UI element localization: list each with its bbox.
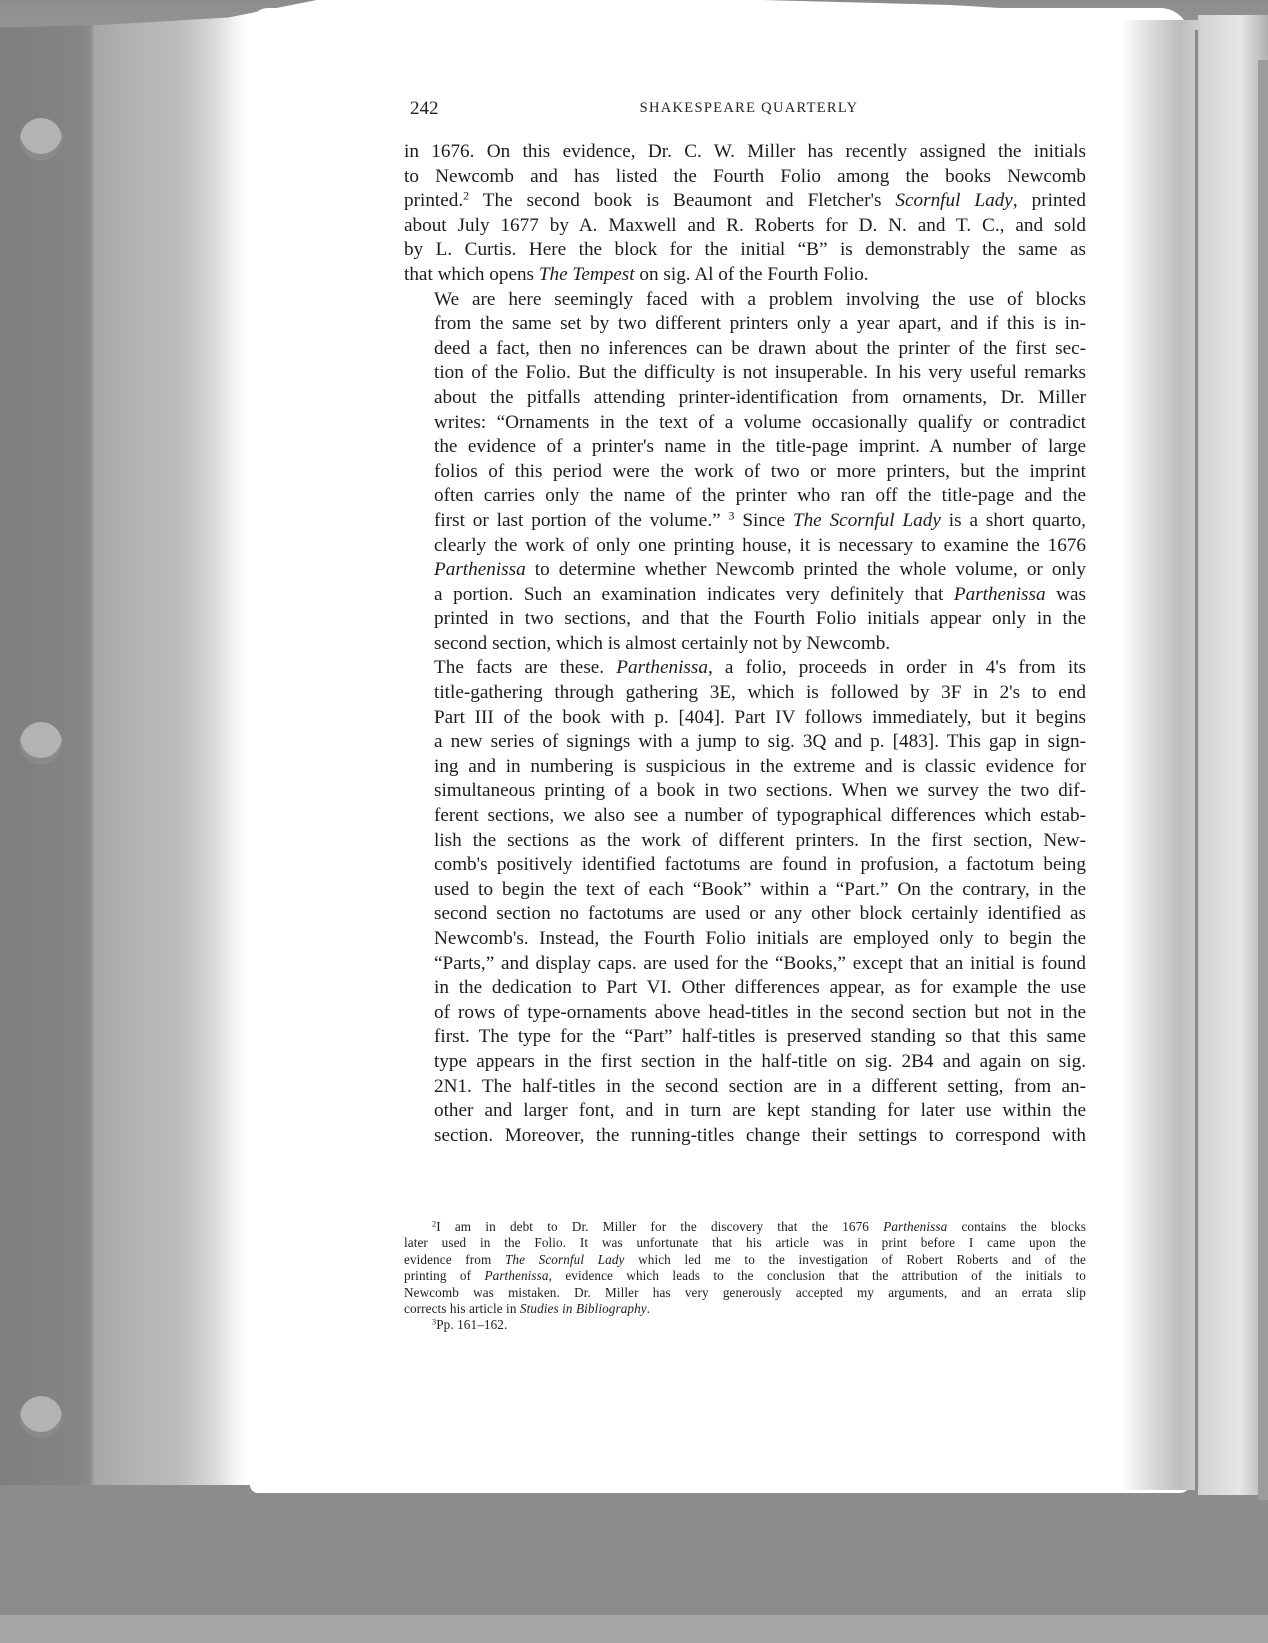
text-line: We are here seemingly faced with a probl… [404, 288, 1086, 313]
text-line: to Newcomb and has listed the Fourth Fol… [404, 165, 1086, 190]
text-line: writes: “Ornaments in the text of a volu… [404, 411, 1086, 436]
text-line: clearly the work of only one printing ho… [404, 534, 1086, 559]
text-line: first. The type for the “Part” half-titl… [404, 1025, 1086, 1050]
binder-hole-bottom [20, 1396, 62, 1438]
footnote-2: 2I am in debt to Dr. Miller for the disc… [404, 1219, 1086, 1317]
footnote-line: corrects his article in Studies in Bibli… [404, 1301, 1086, 1317]
text-line: printed.2 The second book is Beaumont an… [404, 189, 1086, 214]
text-line: a portion. Such an examination indicates… [404, 583, 1086, 608]
scanner-right-edge [1258, 60, 1268, 1500]
journal-title: SHAKESPEARE QUARTERLY [410, 100, 1088, 117]
text-line: printed in two sections, and that the Fo… [404, 607, 1086, 632]
book-spine [1195, 30, 1198, 1490]
footnote-3: 3Pp. 161–162. [404, 1317, 1086, 1333]
text-line: about July 1677 by A. Maxwell and R. Rob… [404, 214, 1086, 239]
binder-hole-top [20, 118, 62, 160]
text-line: a new series of signings with a jump to … [404, 730, 1086, 755]
text-line: tion of the Folio. But the difficulty is… [404, 361, 1086, 386]
text-line: from the same set by two different print… [404, 312, 1086, 337]
text-line: simultaneous printing of a book in two s… [404, 779, 1086, 804]
text-line: “Parts,” and display caps. are used for … [404, 952, 1086, 977]
text-line: The facts are these. Parthenissa, a foli… [404, 656, 1086, 681]
paragraph-2: We are here seemingly faced with a probl… [404, 288, 1086, 657]
footnote-line: Newcomb was mistaken. Dr. Miller has ver… [404, 1285, 1086, 1301]
text-line: deed a fact, then no inferences can be d… [404, 337, 1086, 362]
text-line: second section no factotums are used or … [404, 902, 1086, 927]
text-line: Newcomb's. Instead, the Fourth Folio ini… [404, 927, 1086, 952]
text-line: Part III of the book with p. [404]. Part… [404, 706, 1086, 731]
paragraph-3: The facts are these. Parthenissa, a foli… [404, 656, 1086, 1148]
running-head: 242 SHAKESPEARE QUARTERLY [410, 98, 1088, 122]
binder-hole-middle [20, 722, 62, 764]
scanner-bottom-strip [0, 1615, 1268, 1643]
text-line: of rows of type-ornaments above head-tit… [404, 1001, 1086, 1026]
text-line: often carries only the name of the print… [404, 484, 1086, 509]
text-line: ferent sections, we also see a number of… [404, 804, 1086, 829]
text-line: used to begin the text of each “Book” wi… [404, 878, 1086, 903]
text-line: comb's positively identified factotums a… [404, 853, 1086, 878]
gutter-shadow [1120, 20, 1200, 1490]
text-line: lish the sections as the work of differe… [404, 829, 1086, 854]
paragraph-1: in 1676. On this evidence, Dr. C. W. Mil… [404, 140, 1086, 288]
text-line: second section, which is almost certainl… [404, 632, 1086, 657]
footnotes: 2I am in debt to Dr. Miller for the disc… [404, 1219, 1086, 1334]
footnote-line: printing of Parthenissa, evidence which … [404, 1268, 1086, 1284]
text-line: that which opens The Tempest on sig. Al … [404, 263, 1086, 288]
text-line: the evidence of a printer's name in the … [404, 435, 1086, 460]
footnote-line: later used in the Folio. It was unfortun… [404, 1235, 1086, 1251]
text-line: about the pitfalls attending printer-ide… [404, 386, 1086, 411]
text-line: 2N1. The half-titles in the second secti… [404, 1075, 1086, 1100]
text-line: section. Moreover, the running-titles ch… [404, 1124, 1086, 1149]
text-line: by L. Curtis. Here the block for the ini… [404, 238, 1086, 263]
text-line: type appears in the first section in the… [404, 1050, 1086, 1075]
text-line: ing and in numbering is suspicious in th… [404, 755, 1086, 780]
footnote-line: evidence from The Scornful Lady which le… [404, 1252, 1086, 1268]
footnote-line: 2I am in debt to Dr. Miller for the disc… [404, 1219, 1086, 1235]
text-line: first or last portion of the volume.” 3 … [404, 509, 1086, 534]
text-line: in the dedication to Part VI. Other diff… [404, 976, 1086, 1001]
article-body: in 1676. On this evidence, Dr. C. W. Mil… [404, 140, 1086, 1148]
scanner-bottom-band [0, 1485, 1268, 1615]
text-line: in 1676. On this evidence, Dr. C. W. Mil… [404, 140, 1086, 165]
footnote-line: 3Pp. 161–162. [404, 1317, 1086, 1333]
text-line: title-gathering through gathering 3E, wh… [404, 681, 1086, 706]
text-line: folios of this period were the work of t… [404, 460, 1086, 485]
text-line: Parthenissa to determine whether Newcomb… [404, 558, 1086, 583]
text-line: other and larger font, and in turn are k… [404, 1099, 1086, 1124]
